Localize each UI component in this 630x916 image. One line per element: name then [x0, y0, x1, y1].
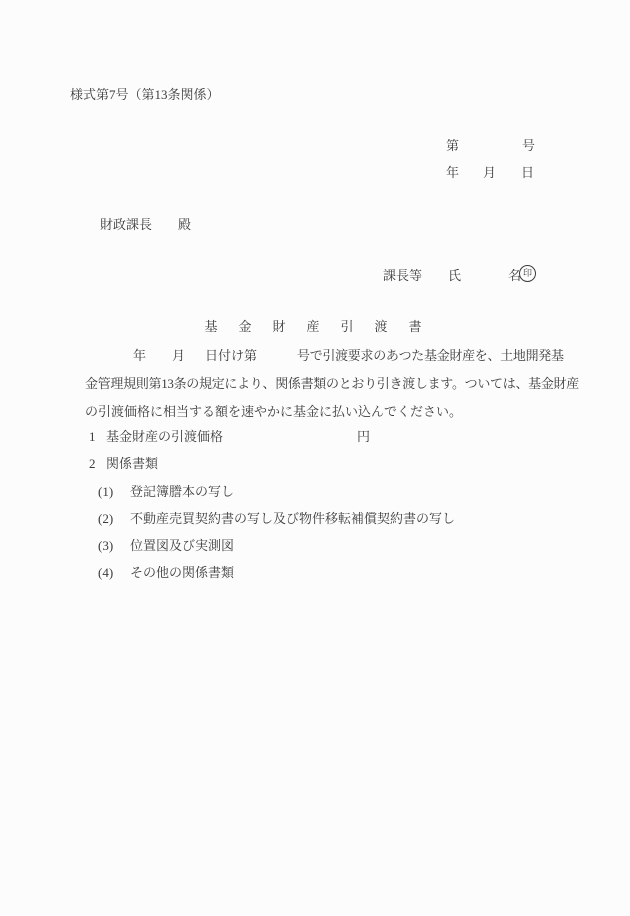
- item-2-number: 2: [89, 455, 96, 473]
- date-year-label: 年: [446, 164, 459, 182]
- doc-number-suffix: 号: [522, 137, 535, 155]
- item-1-number: 1: [89, 428, 96, 446]
- date-month-label: 月: [483, 164, 496, 182]
- subitem-2-number: (2): [98, 510, 113, 528]
- document-page: 様式第7号（第13条関係） 第 号 年 月 日 財政課長 殿 課長等 氏 名 印…: [0, 0, 630, 916]
- body-date-year-blank: 年: [133, 347, 146, 365]
- document-title: 基 金 財 産 引 渡 書: [0, 318, 630, 336]
- subitem-1-label: 登記簿謄本の写し: [130, 483, 234, 501]
- subitem-1-number: (1): [98, 483, 113, 501]
- signer-role-label: 課長等: [383, 267, 422, 285]
- subitem-4-number: (4): [98, 564, 113, 582]
- subitem-3-label: 位置図及び実測図: [130, 537, 234, 555]
- body-line1-text: 号で引渡要求のあつた基金財産を、土地開発基: [297, 347, 564, 365]
- subitem-3-number: (3): [98, 537, 113, 555]
- item-2-label: 関係書類: [106, 455, 158, 473]
- item-1-label: 基金財産の引渡価格: [106, 428, 223, 446]
- body-line3-text: の引渡価格に相当する額を速やかに基金に払い込んでください。: [85, 403, 462, 421]
- addressee-name: 財政課長: [100, 216, 152, 234]
- body-date-month-blank: 月: [172, 347, 185, 365]
- doc-number-prefix: 第: [446, 137, 459, 155]
- date-day-label: 日: [521, 164, 534, 182]
- body-date-day-number-blank: 日付け第: [205, 347, 257, 365]
- body-line2-text: 金管理規則第13条の規定により、関係書類のとおり引き渡します。ついては、基金財産: [85, 375, 579, 393]
- form-label: 様式第7号（第13条関係）: [70, 86, 220, 104]
- seal-icon: 印: [519, 265, 536, 282]
- signer-last-name-label: 氏: [448, 267, 461, 285]
- item-1-currency-unit: 円: [357, 428, 370, 446]
- subitem-4-label: その他の関係書類: [130, 564, 234, 582]
- addressee-honorific: 殿: [178, 216, 191, 234]
- subitem-2-label: 不動産売買契約書の写し及び物件移転補償契約書の写し: [130, 510, 455, 528]
